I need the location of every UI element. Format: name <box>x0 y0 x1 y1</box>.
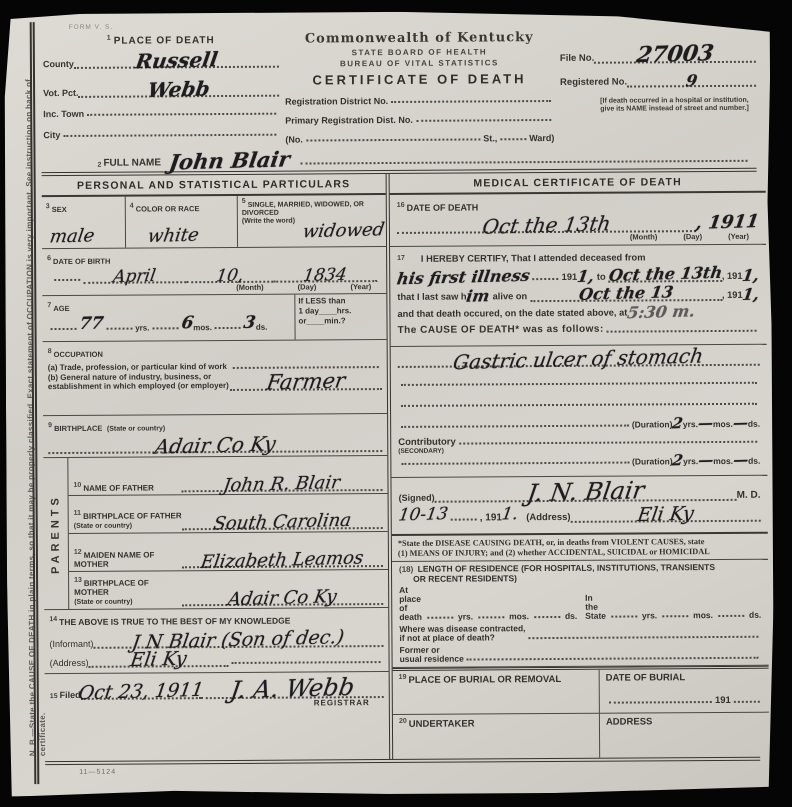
date-of-burial-cell: DATE OF BURIAL 191 <box>599 669 769 714</box>
dotted-line <box>51 326 77 330</box>
dotted-line <box>718 613 744 617</box>
contributory-duration-row: (Duration) 2 yrs. — mos. — ds. <box>398 453 760 468</box>
color-race-label: COLOR OR RACE <box>136 204 200 213</box>
precinct-value: Webb <box>146 78 211 100</box>
dotted-line <box>233 364 379 369</box>
informant-section: 14THE ABOVE IS TRUE TO THE BEST OF MY KN… <box>44 608 388 674</box>
certificate-body: PERSONAL AND STATISTICAL PARTICULARS 3SE… <box>42 172 761 765</box>
dotted-line <box>63 132 276 137</box>
dotted-line <box>478 614 504 618</box>
contrib-duration-label: (Duration) <box>632 456 673 466</box>
birthplace-value: Adair Co Ky <box>153 433 277 456</box>
county-value: Russell <box>134 49 219 71</box>
no-label: (No. <box>285 135 303 145</box>
mother-name-value: Elizabeth Leamos <box>200 549 365 571</box>
field-number: 7 <box>47 302 51 309</box>
inc-town-label: Inc. Town <box>43 109 84 119</box>
contrib-months-unit: mos. <box>713 456 733 466</box>
dotted-line <box>401 460 629 465</box>
informant-line: J N Blair (Son of dec.) <box>93 630 383 649</box>
personal-particulars-title: PERSONAL AND STATISTICAL PARTICULARS <box>42 174 386 197</box>
full-name-value: John Blair <box>167 148 291 172</box>
file-no-value: 27003 <box>635 42 715 66</box>
dotted-line <box>662 613 688 617</box>
contrib-days-value: — <box>732 453 749 468</box>
date-of-burial-label: DATE OF BURIAL <box>606 672 686 683</box>
dotted-line <box>401 380 757 386</box>
precinct-field: Vot. Pct. Webb <box>43 79 279 98</box>
dotted-line <box>459 439 757 445</box>
occupation-cell: 8OCCUPATION (a) Trade, profession, or pa… <box>43 340 387 416</box>
undertaker-label: UNDERTAKER <box>409 718 475 729</box>
form-print-number: 11—5124 <box>79 765 760 776</box>
filed-date: Oct 23, 1911 <box>77 681 205 703</box>
place-of-burial-label: PLACE OF BURIAL OR REMOVAL <box>408 674 561 686</box>
informant-address-label: (Address) <box>50 658 89 668</box>
dotted-line <box>401 401 757 407</box>
field-number: 1 <box>107 35 112 42</box>
dotted-line <box>451 516 477 520</box>
mother-name-label: MAIDEN NAME OF MOTHER <box>74 550 154 568</box>
field-number: 4 <box>130 203 134 210</box>
dotted-line <box>734 699 760 703</box>
field-number: 14 <box>49 616 57 623</box>
printed-191: , 191 <box>722 289 743 301</box>
residence-duration-row: At placeof death yrs. mos. ds. In theSta… <box>399 584 761 622</box>
occupation-line: Farmer <box>230 371 382 391</box>
undertaker-cell: 20UNDERTAKER <box>393 714 599 759</box>
field-number: 13 <box>74 577 82 584</box>
primary-registration-field: Primary Registration Dist. No. <box>285 114 554 126</box>
duration-months-unit: mos. <box>713 419 733 429</box>
dotted-line <box>534 614 560 618</box>
burial-section: 19PLACE OF BURIAL OR REMOVAL DATE OF BUR… <box>393 666 770 759</box>
county-label: County <box>43 59 74 69</box>
field-number: 10 <box>73 482 81 489</box>
length-of-residence-cell: (18) LENGTH OF RESIDENCE (FOR HOSPITALS,… <box>392 560 769 668</box>
occupation-label: OCCUPATION <box>54 350 103 359</box>
father-birthplace-label: BIRTHPLACE OF FATHER <box>83 511 182 521</box>
marital-label: SINGLE, MARRIED, WIDOWED, OR DIVORCED <box>242 201 364 217</box>
bureau-subtitle: BUREAU OF VITAL STATISTICS <box>285 58 554 69</box>
file-no-field: File No. 27003 <box>560 43 756 64</box>
marital-status-cell: 5SINGLE, MARRIED, WIDOWED, OR DIVORCED (… <box>238 195 386 247</box>
field-number: 17 <box>397 253 405 265</box>
header-section: 1PLACE OF DEATH County Russell Vot. Pct.… <box>41 27 757 151</box>
certify-alive-on: alive on <box>493 290 528 302</box>
age-years-unit: yrs. <box>135 323 149 332</box>
certify-date-line: Oct the 13th <box>609 266 722 283</box>
dotted-line <box>416 117 551 122</box>
date-of-death-label: DATE OF DEATH <box>407 202 479 212</box>
dob-day-line: 10, <box>186 268 274 284</box>
marital-value: widowed <box>301 221 385 241</box>
place-of-burial-cell: 19PLACE OF BURIAL OR REMOVAL <box>393 670 599 715</box>
mother-birthplace-label: BIRTHPLACE OF MOTHER <box>74 578 149 596</box>
registered-no-label: Registered No. <box>560 77 627 88</box>
registrar-signature-line: J. A. Webb <box>200 676 383 699</box>
mother-birthplace-value: Adair Co Ky <box>227 588 338 609</box>
informant-address-value: Eli Ky <box>129 650 188 671</box>
certify-last-saw: that I last saw h <box>397 291 466 303</box>
printed-191: 191 <box>562 271 578 283</box>
medical-certificate-column: MEDICAL CERTIFICATE OF DEATH 16DATE OF D… <box>390 172 770 759</box>
occupation-line-b: (b) General nature of industry, business… <box>48 371 230 391</box>
dotted-line <box>529 634 759 639</box>
contributory-label: Contributory <box>398 437 456 448</box>
medical-certificate-title: MEDICAL CERTIFICATE OF DEATH <box>390 172 766 195</box>
signed-cell: (Signed) J. N. Blair M. D. 10-13 , 1911.… <box>391 476 767 534</box>
field-number: 19 <box>399 674 407 681</box>
primary-duration-row: (Duration) 2 yrs. — mos. — ds. <box>398 416 760 431</box>
signed-address-line: Eli Ky <box>570 505 760 523</box>
dob-year-caption: (Year) <box>350 282 371 291</box>
contrib-years-unit: yrs. <box>683 456 698 466</box>
signed-label: (Signed) <box>399 493 435 503</box>
field-number: 16 <box>397 202 405 209</box>
date-of-death-year: , 1911 <box>695 213 761 233</box>
informant-field: (Informant) J N Blair (Son of dec.) <box>49 630 383 649</box>
father-name-label: NAME OF FATHER <box>83 483 154 492</box>
header-titles: Commonwealth of Kentucky STATE BOARD OF … <box>285 30 555 150</box>
certify-first-illness: his first illness <box>396 268 531 288</box>
dotted-line <box>427 615 453 619</box>
residence-label-line1: LENGTH OF RESIDENCE (FOR HOSPITALS, INST… <box>418 562 715 574</box>
parents-section: PARENTS 10NAME OF FATHER John R. Blair 1… <box>43 456 388 610</box>
mother-birthplace-sub: (State or country) <box>74 599 132 606</box>
dotted-line <box>306 136 480 141</box>
hospital-note: [If death occurred in a hospital or inst… <box>600 97 750 114</box>
certify-year3: 1, <box>741 287 760 303</box>
dotted-line <box>401 423 629 428</box>
mother-name-row: 12MAIDEN NAME OF MOTHER Elizabeth Leamos <box>69 532 388 572</box>
file-no-label: File No. <box>560 53 594 64</box>
field-number: 15 <box>50 693 58 700</box>
mother-birthplace-row: 13BIRTHPLACE OF MOTHER(State or country)… <box>69 570 388 609</box>
certificate-of-death-title: CERTIFICATE OF DEATH <box>285 71 554 88</box>
informant-address-line: Eli Ky <box>89 650 229 668</box>
city-field: City <box>43 129 279 140</box>
place-of-death-block: 1PLACE OF DEATH County Russell Vot. Pct.… <box>41 32 280 151</box>
precinct-label: Vot. Pct. <box>43 88 78 98</box>
dob-year: 1834 <box>302 267 348 285</box>
place-of-death-heading: 1PLACE OF DEATH <box>43 34 279 47</box>
st-label: St., <box>483 133 497 143</box>
duration-days-unit: ds. <box>748 419 760 429</box>
certify-year2: 1, <box>741 268 760 284</box>
dotted-line <box>54 277 80 281</box>
birthplace-line: Adair Co Ky <box>48 434 382 454</box>
state-board-subtitle: STATE BOARD OF HEALTH <box>285 47 554 58</box>
primary-registration-label: Primary Registration Dist. No. <box>285 115 413 126</box>
certification-cell: 17I HEREBY CERTIFY, That I attended dece… <box>390 245 767 347</box>
field-number: 2 <box>98 162 102 169</box>
contrib-months-value: — <box>697 453 714 468</box>
registrar-signature: J. A. Webb <box>229 675 356 702</box>
dotted-line <box>300 158 747 165</box>
undertaker-address-cell: ADDRESS <box>599 713 769 758</box>
dod-month-caption: (Month) <box>630 232 658 241</box>
date-of-death-cell: 16DATE OF DEATH Oct the 13th , 1911 (Mon… <box>390 193 766 247</box>
dod-year-caption: (Year) <box>728 232 749 241</box>
inc-town-field: Inc. Town <box>43 108 279 119</box>
father-birthplace-line: South Carolina <box>182 513 383 530</box>
dotted-line <box>106 326 132 330</box>
field-number: 8 <box>48 348 52 355</box>
city-label: City <box>43 130 60 140</box>
certify-oct-date: Oct the 13th <box>607 265 722 284</box>
full-name-label: FULL NAME <box>103 157 161 168</box>
registration-district-field: Registration District No. <box>285 95 554 107</box>
dotted-line <box>611 613 637 617</box>
duration-label: (Duration) <box>632 419 673 429</box>
father-birthplace-sub: (State or country) <box>74 523 132 530</box>
file-number-block: File No. 27003 Registered No. 9 [If deat… <box>560 29 757 148</box>
cause-of-death-cell: Gastric ulcer of stomach (Duration) 2 yr… <box>391 345 767 434</box>
birthplace-cell: 9BIRTHPLACE (State or country) Adair Co … <box>43 414 387 458</box>
cause-line: Gastric ulcer of stomach <box>398 348 760 368</box>
field-number: (18) <box>399 565 413 574</box>
dotted-line <box>467 655 759 661</box>
certify-last-date-line: Oct the 13 <box>530 285 722 302</box>
contributory-cell: Contributory (SECONDARY) (Duration) 2 yr… <box>391 432 767 478</box>
certify-time: 5:30 m. <box>626 303 696 321</box>
certify-line3: that I last saw him alive on Oct the 13 … <box>397 285 759 303</box>
filed-date-line: Oct 23, 1911 <box>81 682 201 700</box>
violent-causes-footnote: *State the DISEASE CAUSING DEATH, or, in… <box>392 532 768 562</box>
field-number: 5 <box>242 198 246 205</box>
disease-contracted-row: Where was disease contracted,if not at p… <box>399 623 761 643</box>
field-number: 12 <box>74 549 82 556</box>
certificate-form: FORM V. S. 1PLACE OF DEATH County Russel… <box>30 18 765 784</box>
printed-191: 191 <box>715 695 731 706</box>
dotted-line <box>87 111 276 116</box>
field-number: 9 <box>48 422 52 429</box>
field-number: 3 <box>46 203 50 210</box>
precinct-line: Webb <box>78 79 279 98</box>
age-months-unit: mos. <box>193 323 212 332</box>
cause-of-death-value: Gastric ulcer of stomach <box>452 345 705 372</box>
dob-year-line: 1834 <box>273 267 377 283</box>
duration-days-value: — <box>732 416 749 431</box>
age-less-than-day-note: If LESS than 1 day____hrs. or____min.? <box>294 294 386 340</box>
registered-no-field: Registered No. 9 <box>560 73 756 88</box>
file-no-line: 27003 <box>594 43 756 64</box>
sex-color-marital-row: 3SEX male 4COLOR OR RACE white 5SINGLE, … <box>42 195 386 249</box>
marital-sub-label: (Write the word) <box>242 218 295 225</box>
dob-day: 10, <box>215 268 245 286</box>
signed-date-year: 1. <box>501 506 520 523</box>
printed-191: , 191 <box>480 512 502 523</box>
physician-signature-line: J. N. Blair <box>434 479 736 503</box>
date-of-death-value: Oct the 13th <box>481 213 612 236</box>
father-name-row: 10NAME OF FATHER John R. Blair <box>68 456 387 496</box>
field-number: 20 <box>399 718 407 725</box>
age-days-unit: ds. <box>256 323 268 332</box>
sex-label: SEX <box>52 205 67 214</box>
undertaker-address-label: ADDRESS <box>606 716 653 727</box>
duration-years-unit: yrs. <box>683 419 698 429</box>
signed-address-value: Eli Ky <box>636 505 695 526</box>
signed-address-label: (Address) <box>526 512 570 523</box>
registered-no-line: 9 <box>627 73 756 88</box>
dob-label: DATE OF BIRTH <box>53 257 110 266</box>
dotted-line <box>391 98 551 103</box>
field-number: 6 <box>47 255 51 262</box>
sex-value: male <box>49 227 96 246</box>
dotted-line <box>609 699 712 704</box>
dotted-line <box>533 276 559 280</box>
residence-label-line2: OR RECENT RESIDENTS) <box>413 573 517 584</box>
age-years: 77 <box>78 315 104 333</box>
father-birthplace-value: South Carolina <box>212 512 352 534</box>
personal-particulars-column: PERSONAL AND STATISTICAL PARTICULARS 3SE… <box>42 174 394 761</box>
father-name-value: John R. Blair <box>222 474 341 495</box>
scanned-death-certificate-photo: N. B.—State the CAUSE OF DEATH in plain … <box>0 0 792 807</box>
color-race-value: white <box>147 227 201 246</box>
parents-side-label: PARENTS <box>43 458 69 609</box>
physician-signature-row: (Signed) J. N. Blair M. D. <box>398 479 760 503</box>
certify-to: to <box>597 271 606 283</box>
informant-label: (Informant) <box>49 639 93 649</box>
date-of-birth-cell: 6DATE OF BIRTH April 10, 1834 (Month) (D… <box>42 247 386 296</box>
dotted-line <box>232 659 381 664</box>
street-ward-field: (No. St., Ward) <box>285 133 554 145</box>
dob-month-line: April <box>83 268 186 284</box>
birthplace-sub-label: (State or country) <box>107 425 165 432</box>
dotted-line <box>152 325 178 329</box>
dotted-line <box>500 136 526 140</box>
signed-date-address-row: 10-13 , 1911. (Address) Eli Ky <box>399 505 761 524</box>
color-race-cell: 4COLOR OR RACE white <box>126 196 238 248</box>
father-name-line: John R. Blair <box>181 475 382 492</box>
cause-of-death-label: The CAUSE OF DEATH* was as follows: <box>398 324 604 337</box>
commonwealth-title: Commonwealth of Kentucky <box>285 30 554 47</box>
certificate-paper: N. B.—State the CAUSE OF DEATH in plain … <box>4 10 775 797</box>
county-line: Russell <box>74 50 279 69</box>
mother-birthplace-line: Adair Co Ky <box>182 589 383 606</box>
former-residence-row: Former orusual residence <box>399 644 761 664</box>
age-label: AGE <box>53 304 69 313</box>
birthplace-label: BIRTHPLACE <box>54 424 102 433</box>
dotted-line <box>215 325 241 329</box>
certify-line2: his first illness 1911, to Oct the 13th … <box>397 266 759 284</box>
attest-label: THE ABOVE IS TRUE TO THE BEST OF MY KNOW… <box>59 616 290 627</box>
sex-cell: 3SEX male <box>42 197 126 249</box>
date-of-death-line: Oct the 13th <box>397 214 696 234</box>
printed-191: , 191 <box>722 270 743 282</box>
occupation-value: Farmer <box>265 370 346 393</box>
dob-month: April <box>112 268 157 286</box>
md-label: M. D. <box>737 490 761 501</box>
county-field: County Russell <box>43 50 279 69</box>
mother-name-line: Elizabeth Leamos <box>182 551 383 568</box>
age-cell: 7AGE 77 yrs. 6 mos. 3 ds. <box>42 294 386 342</box>
informant-address-field: (Address) Eli Ky <box>50 649 384 668</box>
filed-section: 15 Filed Oct 23, 1911 J. A. Webb REGISTR… <box>45 672 389 726</box>
registered-no-value: 9 <box>685 73 699 89</box>
dotted-line <box>607 328 757 333</box>
certify-line1: I HEREBY CERTIFY, That I attended deceas… <box>421 251 646 264</box>
duration-months-value: — <box>697 416 714 431</box>
contrib-days-unit: ds. <box>748 456 760 466</box>
certify-him: im <box>465 288 490 305</box>
certify-year1: 1, <box>576 269 595 285</box>
registration-district-label: Registration District No. <box>285 96 388 107</box>
ward-label: Ward) <box>529 133 554 143</box>
certify-line4: and that death occured, on the date stat… <box>397 304 759 320</box>
father-birthplace-row: 11BIRTHPLACE OF FATHER(State or country)… <box>69 494 388 534</box>
certify-last-date: Oct the 13 <box>578 284 674 303</box>
age-months: 6 <box>180 315 194 332</box>
field-number: 11 <box>74 510 81 517</box>
physician-signature: J. N. Blair <box>525 478 645 505</box>
signed-date: 10-13 <box>397 506 449 524</box>
certify-death-occured: and that death occured, on the date stat… <box>397 307 627 320</box>
